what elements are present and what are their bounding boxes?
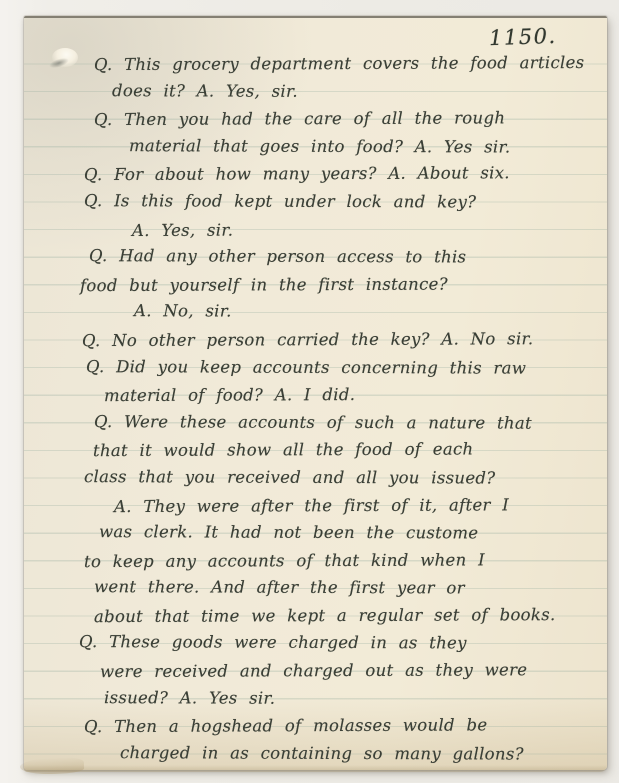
- paper-bottom-edge: [24, 765, 607, 772]
- handwritten-line: were received and charged out as they we…: [100, 656, 607, 686]
- handwritten-line: Q. This grocery department covers the fo…: [94, 49, 607, 79]
- handwritten-line: to keep any accounts of that kind when I: [84, 546, 607, 576]
- handwritten-line: A. Yes, sir.: [132, 215, 607, 245]
- handwritten-line: Q. Then a hogshead of molasses would be: [84, 711, 607, 741]
- handwritten-line: Q. Had any other person access to this: [89, 242, 607, 271]
- handwritten-line: material that goes into food? A. Yes sir…: [129, 132, 607, 161]
- handwritten-line: A. No, sir.: [134, 298, 607, 327]
- handwritten-line: was clerk. It had not been the custome: [99, 518, 607, 547]
- handwritten-line: that it would show all the food of each: [93, 435, 607, 465]
- handwritten-line: does it? A. Yes, sir.: [112, 77, 607, 106]
- handwritten-line: Q. No other person carried the key? A. N…: [82, 325, 607, 355]
- handwritten-line: Q. Then you had the care of all the roug…: [94, 104, 607, 134]
- manuscript-page: 1150. Q. This grocery department covers …: [24, 16, 607, 770]
- handwritten-line: went there. And after the first year or: [94, 573, 607, 602]
- handwritten-line: about that time we kept a regular set of…: [94, 601, 607, 631]
- page-number: 1150.: [489, 24, 557, 50]
- handwritten-line: Q. Did you keep accounts concerning this…: [86, 353, 607, 382]
- handwritten-line: issued? A. Yes sir.: [104, 684, 607, 713]
- handwritten-line: class that you received and all you issu…: [84, 463, 607, 492]
- handwritten-line: Q. Is this food kept under lock and key?: [84, 187, 607, 216]
- handwritten-line: Q. For about how many years? A. About si…: [84, 159, 607, 189]
- handwritten-line: charged in as containing so many gallons…: [120, 739, 607, 768]
- handwritten-line: Q. These goods were charged in as they: [79, 629, 607, 658]
- handwritten-line: material of food? A. I did.: [104, 380, 607, 410]
- handwritten-line: A. They were after the first of it, afte…: [114, 490, 607, 520]
- handwritten-text: Q. This grocery department covers the fo…: [24, 50, 607, 767]
- scanned-document-background: 1150. Q. This grocery department covers …: [0, 0, 619, 783]
- handwritten-line: Q. Were these accounts of such a nature …: [94, 408, 607, 437]
- handwritten-line: food but yourself in the first instance?: [80, 270, 607, 300]
